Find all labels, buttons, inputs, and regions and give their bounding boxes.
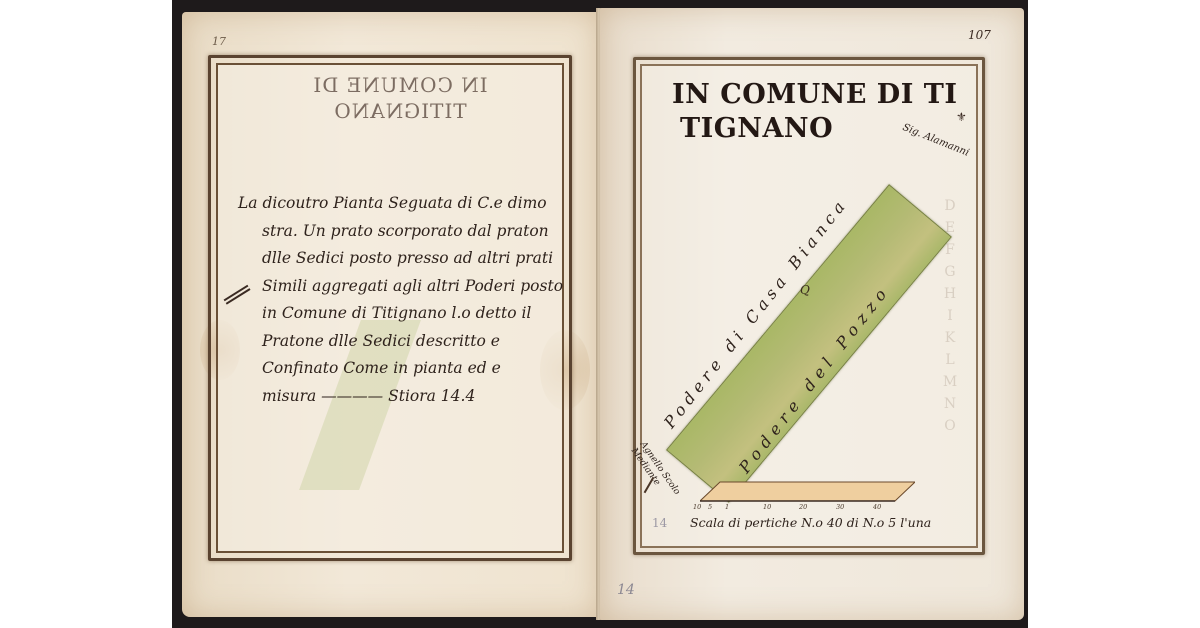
scale-tick: 40: [873, 503, 881, 511]
bleed-through-title-line: IN COMUNE DI: [280, 72, 520, 98]
map-title-line: IN COMUNE DI TI: [672, 78, 957, 112]
ghost-letter: K: [940, 327, 960, 349]
bleed-through-title-line: TITIGNANO: [280, 98, 520, 124]
deed-line: Pratone dlle Sedici descritto e: [238, 328, 548, 356]
bleed-through-title: IN COMUNE DI TITIGNANO: [280, 72, 520, 124]
ghost-letter: I: [940, 305, 960, 327]
scale-bar: [700, 480, 915, 502]
scale-ticks: 10 5 1 10 20 30 40: [693, 503, 923, 515]
folio-number-left: 17: [212, 35, 226, 48]
ghost-letter: M: [940, 371, 960, 393]
deed-line: La dicoutro Pianta Seguata di C.e dimo: [238, 190, 548, 218]
scale-bar-graphic: [700, 480, 915, 502]
deed-line: misura ———— Stiora 14.4: [238, 383, 548, 411]
ghost-letter: L: [940, 349, 960, 371]
scale-tick: 30: [836, 503, 844, 511]
ghost-letter: G: [940, 261, 960, 283]
deed-line: dlle Sedici posto presso ad altri prati: [238, 245, 548, 273]
deed-line: Confinato Come in pianta ed e: [238, 355, 548, 383]
scale-tick: 10: [693, 503, 701, 511]
scale-left-number: 14: [652, 516, 667, 530]
folio-number-right: 107: [968, 28, 991, 42]
scale-tick: 10: [763, 503, 771, 511]
deed-description: La dicoutro Pianta Seguata di C.e dimo s…: [238, 190, 548, 410]
deed-line: stra. Un prato scorporato dal praton: [238, 218, 548, 246]
scale-tick: 1: [725, 503, 729, 511]
deed-line: in Comune di Titignano l.o detto il: [238, 300, 548, 328]
scale-caption: Scala di pertiche N.o 40 di N.o 5 l'una: [690, 515, 931, 530]
ghost-letter: O: [940, 415, 960, 437]
ghost-letter: N: [940, 393, 960, 415]
deed-line: Simili aggregati agli altri Poderi posto: [238, 273, 548, 301]
scale-tick: 5: [708, 503, 712, 511]
ghost-letter: H: [940, 283, 960, 305]
ghost-letter: D: [940, 195, 960, 217]
pencil-page-number: 14: [617, 582, 635, 598]
scale-tick: 20: [799, 503, 807, 511]
parcel-label: Q: [800, 283, 810, 297]
compass-fleur-icon: ⚜: [956, 110, 966, 120]
